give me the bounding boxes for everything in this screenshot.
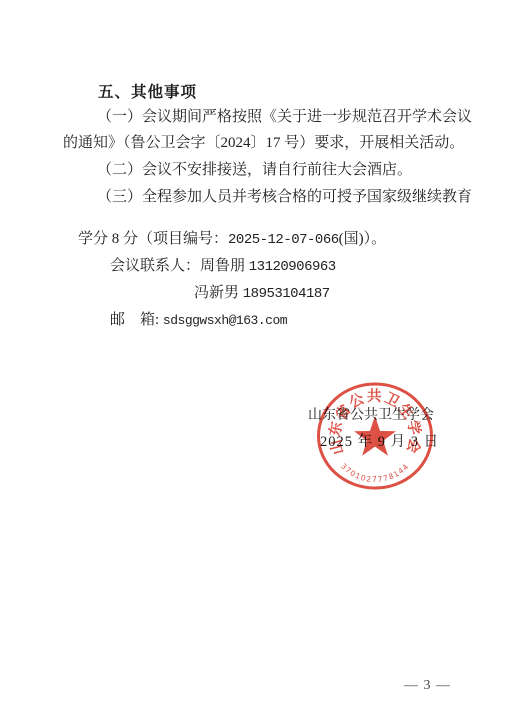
email-address: sdsggwsxh@163.com [163,313,287,328]
paragraph-line-1: （一）会议期间严格按照《关于进一步规范召开学术会议 [97,109,472,126]
email-label: 邮 箱: [110,312,163,328]
email-line: 邮 箱: sdsggwsxh@163.com [95,295,287,346]
seal-code-text: 3701027778144 [339,462,411,484]
seal-star-icon [354,416,396,456]
paragraph-line-3: （二）会议不安排接送，请自行前往大会酒店。 [97,162,412,179]
page-number: — 3 — [404,678,451,694]
seal-graphic: 山东省公共卫生学会 3701027778144 [316,381,436,493]
credit-text-post: (国)）。 [339,231,387,247]
paragraph-line-4: （三）全程参加人员并考核合格的可授予国家级继续教育 [97,189,472,206]
official-seal: 山东省公共卫生学会 3701027778144 [316,381,436,493]
section-heading: 五、其他事项 [98,80,197,102]
seal-code-textpath: 3701027778144 [339,462,411,484]
paragraph-line-2: 的通知》（鲁公卫会字〔2024〕17 号）要求，开展相关活动。 [63,135,464,152]
document-page: 五、其他事项 （一）会议期间严格按照《关于进一步规范召开学术会议 的通知》（鲁公… [0,0,518,723]
